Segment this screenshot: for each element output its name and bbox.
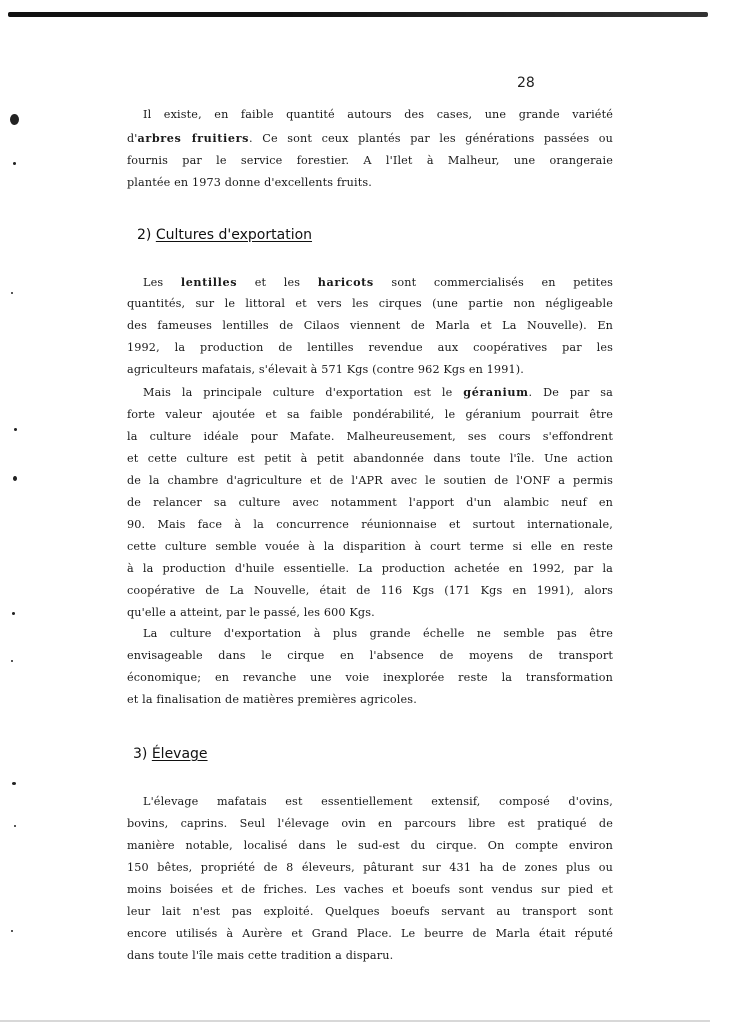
section-heading-3: 3) Élevage (133, 746, 208, 762)
s2-p2-line-1: Mais la principale culture d'exportation… (143, 385, 613, 400)
section-number: 2) (137, 227, 151, 243)
s2-p3-line-2: envisageable dans le cirque en l'absence… (127, 649, 613, 663)
scan-speck (13, 162, 16, 165)
s2-p2-line-6: de relancer sa culture avec notamment l'… (127, 496, 613, 510)
s2-p1-line-2: quantités, sur le littoral et vers les c… (127, 297, 613, 311)
s2-p1-line-5: agriculteurs mafatais, s'élevait à 571 K… (127, 363, 613, 377)
scan-speck (12, 782, 16, 785)
intro-line-2: d'arbres fruitiers. Ce sont ceux plantés… (127, 131, 613, 146)
s3-p1-line-5: moins boisées et de friches. Les vaches … (127, 883, 613, 897)
s3-p1-line-4: 150 bêtes, propriété de 8 éleveurs, pâtu… (127, 861, 613, 875)
scan-speck (14, 428, 17, 431)
binder-hole-mark (10, 114, 19, 125)
s3-p1-line-8: dans toute l'île mais cette tradition a … (127, 949, 613, 963)
s2-p2-line-3: la culture idéale pour Mafate. Malheureu… (127, 430, 613, 444)
intro-line-4: plantée en 1973 donne d'excellents fruit… (127, 176, 613, 190)
s2-p3-line-4: et la finalisation de matières premières… (127, 693, 613, 707)
s3-p1-line-1: L'élevage mafatais est essentiellement e… (143, 795, 613, 809)
s3-p1-line-2: bovins, caprins. Seul l'élevage ovin en … (127, 817, 613, 831)
bold-term: haricots (318, 275, 374, 289)
s2-p2-line-4: et cette culture est petit à petit aband… (127, 452, 613, 466)
scan-speck (12, 612, 15, 615)
page-number: 28 (517, 75, 535, 91)
section-title: Cultures d'exportation (156, 227, 312, 243)
s3-p1-line-6: leur lait n'est pas exploité. Quelques b… (127, 905, 613, 919)
s2-p3-line-3: économique; en revanche une voie inexplo… (127, 671, 613, 685)
bold-term: arbres fruitiers (138, 131, 249, 145)
s2-p2-line-2: forte valeur ajoutée et sa faible pondér… (127, 408, 613, 422)
s3-p1-line-3: manière notable, localisé dans le sud-es… (127, 839, 613, 853)
intro-line-3: fournis par le service forestier. A l'Il… (127, 154, 613, 168)
s2-p2-line-10: coopérative de La Nouvelle, était de 116… (127, 584, 613, 598)
s2-p2-line-9: à la production d'huile essentielle. La … (127, 562, 613, 576)
section-number: 3) (133, 746, 147, 762)
scan-speck (11, 660, 13, 662)
section-heading-2: 2) Cultures d'exportation (137, 227, 312, 243)
s2-p1-line-3: des fameuses lentilles de Cilaos viennen… (127, 319, 613, 333)
header-rule (8, 12, 708, 17)
scan-speck (14, 825, 16, 827)
bold-term: lentilles (181, 275, 237, 289)
footer-edge (0, 1020, 710, 1022)
bold-term: géranium (463, 385, 528, 399)
s3-p1-line-7: encore utilisés à Aurère et Grand Place.… (127, 927, 613, 941)
intro-line-1: Il existe, en faible quantité autours de… (143, 108, 613, 122)
scan-speck (13, 476, 17, 481)
s2-p1-line-4: 1992, la production de lentilles revendu… (127, 341, 613, 355)
s2-p2-line-5: de la chambre d'agriculture et de l'APR … (127, 474, 613, 488)
s2-p2-line-11: qu'elle a atteint, par le passé, les 600… (127, 606, 613, 620)
s2-p1-line-1: Les lentilles et les haricots sont comme… (143, 275, 613, 290)
s2-p2-line-8: cette culture semble vouée à la disparit… (127, 540, 613, 554)
section-title: Élevage (152, 746, 208, 762)
s2-p3-line-1: La culture d'exportation à plus grande é… (143, 627, 613, 641)
scan-speck (11, 930, 13, 932)
scan-speck (11, 292, 13, 294)
s2-p2-line-7: 90. Mais face à la concurrence réunionna… (127, 518, 613, 532)
